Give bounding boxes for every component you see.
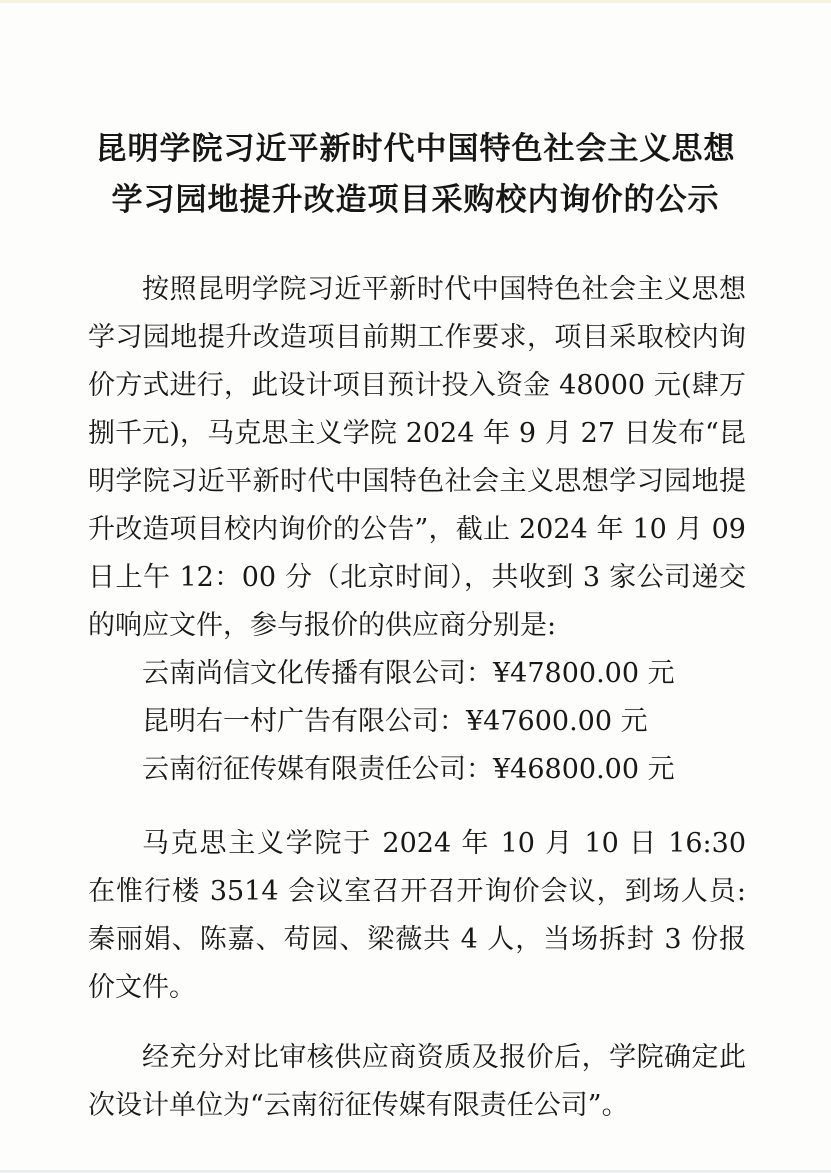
paragraph-meeting: 马克思主义学院于 2024 年 10 月 10 日 16:30 在惟行楼 351…: [88, 820, 746, 1012]
paragraph-intro: 按照昆明学院习近平新时代中国特色社会主义思想学习园地提升改造项目前期工作要求，项…: [88, 266, 746, 650]
scan-edge-top: [0, 0, 831, 3]
supplier-quote-3: 云南衍征传媒有限责任公司：¥46800.00 元: [88, 746, 746, 794]
scanned-document-page: 昆明学院习近平新时代中国特色社会主义思想 学习园地提升改造项目采购校内询价的公示…: [0, 0, 831, 1173]
document-body: 按照昆明学院习近平新时代中国特色社会主义思想学习园地提升改造项目前期工作要求，项…: [88, 266, 746, 1130]
supplier-quote-2: 昆明右一村广告有限公司：¥47600.00 元: [88, 698, 746, 746]
paragraph-result: 经充分对比审核供应商资质及报价后，学院确定此次设计单位为“云南衍征传媒有限责任公…: [88, 1034, 746, 1130]
supplier-quote-list: 云南尚信文化传播有限公司：¥47800.00 元 昆明右一村广告有限公司：¥47…: [88, 650, 746, 794]
supplier-quote-1: 云南尚信文化传播有限公司：¥47800.00 元: [88, 650, 746, 698]
title-line-2: 学习园地提升改造项目采购校内询价的公示: [0, 175, 831, 226]
title-line-1: 昆明学院习近平新时代中国特色社会主义思想: [0, 124, 831, 175]
document-title: 昆明学院习近平新时代中国特色社会主义思想 学习园地提升改造项目采购校内询价的公示: [0, 0, 831, 226]
